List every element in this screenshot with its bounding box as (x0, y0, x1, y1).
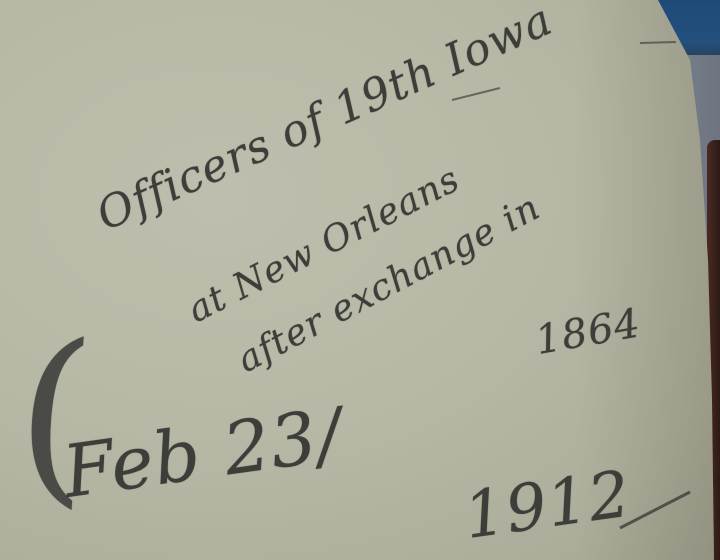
inscription-parenthesis: ( (10, 301, 100, 527)
pencil-underline-strokes (0, 0, 720, 560)
inscription-year-1912: 1912 (460, 457, 636, 554)
inscription-date: Feb 23/ (58, 392, 347, 514)
inscription-line-new-orleans: at New Orleans (181, 159, 466, 331)
inscription-year-1864: 1864 (532, 300, 644, 364)
inscription-line-officers: Officers of 19th Iowa (89, 0, 560, 241)
aged-paper: Officers of 19th Iowa at New Orleans aft… (0, 0, 720, 560)
inscription-line-exchange: after exchange in (231, 187, 547, 381)
